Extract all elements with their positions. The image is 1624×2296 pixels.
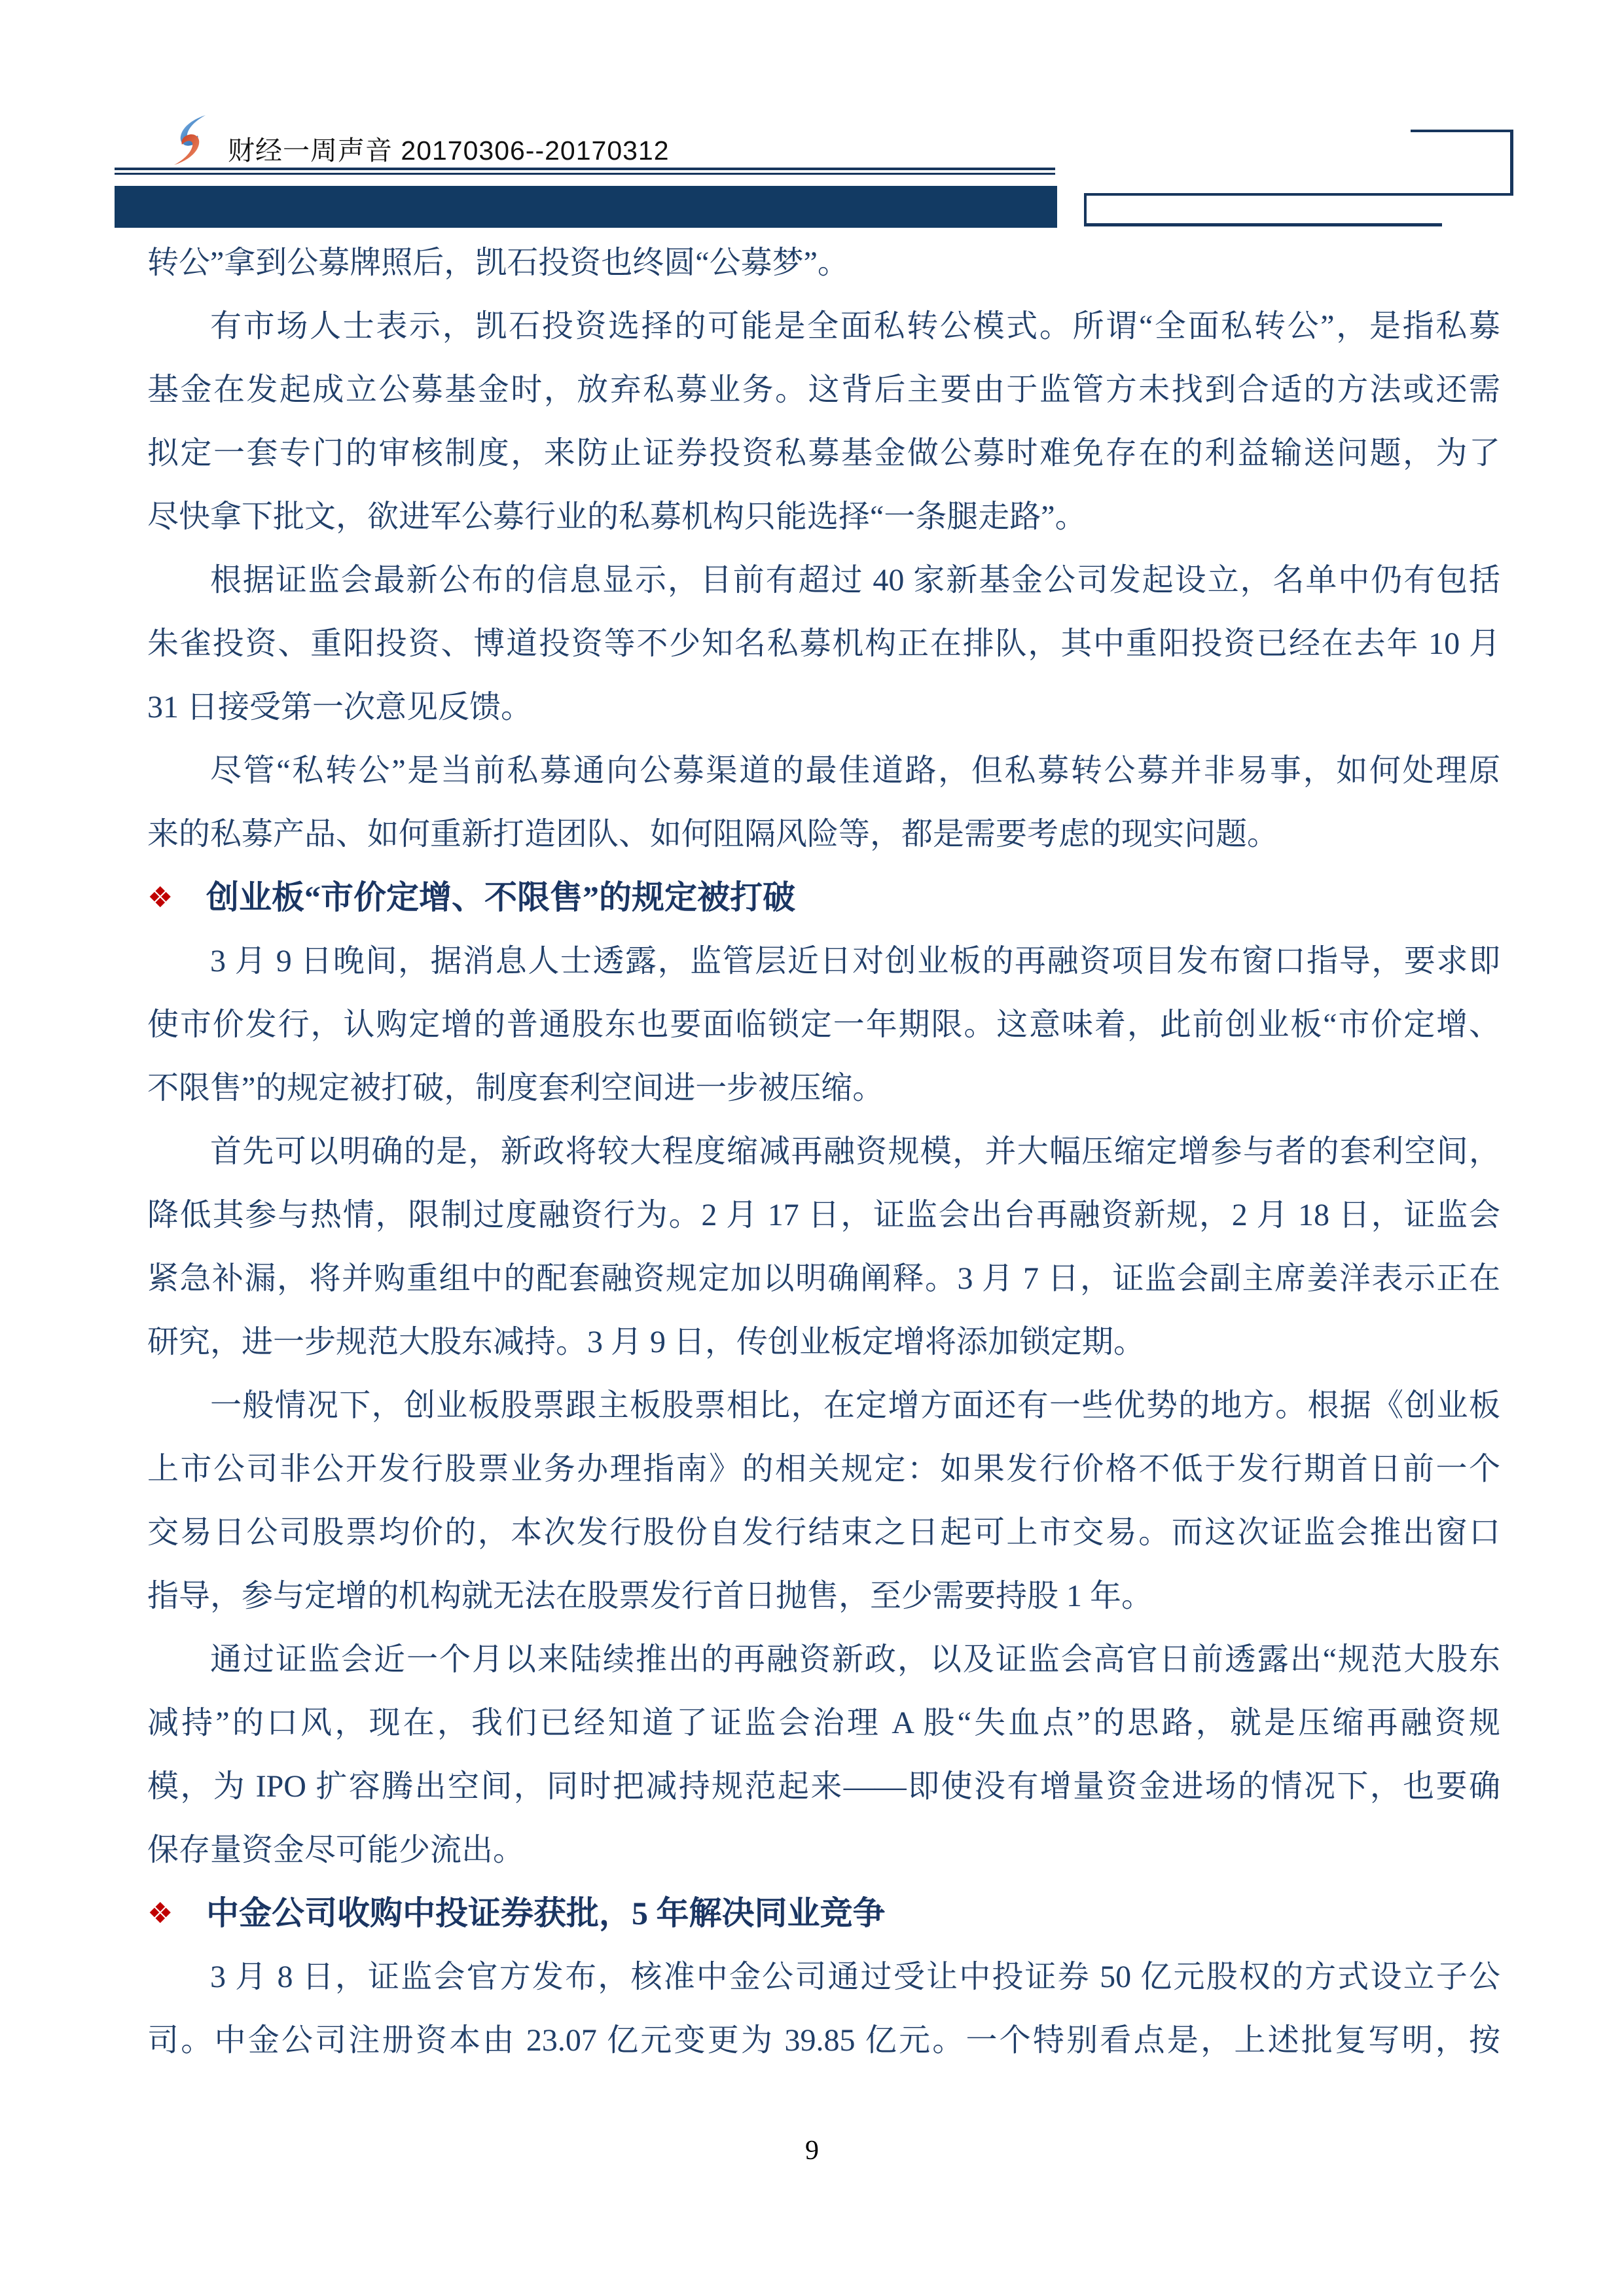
diamond-bullet-icon: ❖ (147, 1882, 206, 1945)
page-number: 9 (0, 2135, 1624, 2166)
text-line: 基金在发起成立公募基金时，放弃私募业务。这背后主要由于监管方未找到合适的方法或还… (147, 358, 1500, 422)
text-line: 交易日公司股票均价的，本次发行股份自发行结束之日起可上市交易。而这次证监会推出窗… (147, 1501, 1500, 1564)
text-line: 31 日接受第一次意见反馈。 (147, 675, 1500, 739)
header-rule-low (1084, 223, 1442, 226)
text-line: 首先可以明确的是，新政将较大程度缩减再融资规模，并大幅压缩定增参与者的套利空间， (147, 1120, 1500, 1183)
brand-logo-icon (173, 115, 206, 165)
text-line: 一般情况下，创业板股票跟主板股票相比，在定增方面还有一些优势的地方。根据《创业板 (147, 1374, 1500, 1437)
text-line: 尽快拿下批文，欲进军公募行业的私募机构只能选择“一条腿走路”。 (147, 485, 1500, 548)
section-heading-text: 中金公司收购中投证券获批，5 年解决同业竞争 (206, 1882, 1500, 1945)
document-title: 财经一周声音 20170306--20170312 (228, 135, 1013, 166)
text-line: 尽管“私转公”是当前私募通向公募渠道的最佳道路，但私募转公募并非易事，如何处理原 (147, 739, 1500, 802)
section-heading: ❖创业板“市价定增、不限售”的规定被打破 (147, 866, 1500, 929)
text-line: 模，为 IPO 扩容腾出空间，同时把减持规范起来——即使没有增量资金进场的情况下… (147, 1755, 1500, 1818)
text-line: 减持”的口风，现在，我们已经知道了证监会治理 A 股“失血点”的思路，就是压缩再… (147, 1691, 1500, 1755)
text-line: 朱雀投资、重阳投资、博道投资等不少知名私募机构正在排队，其中重阳投资已经在去年 … (147, 612, 1500, 675)
text-line: 转公”拿到公募牌照后，凯石投资也终圆“公募梦”。 (147, 231, 1500, 295)
text-line: 通过证监会近一个月以来陆续推出的再融资新政，以及证监会高官日前透露出“规范大股东 (147, 1628, 1500, 1691)
text-line: 使市价发行，认购定增的普通股东也要面临锁定一年期限。这意味着，此前创业板“市价定… (147, 993, 1500, 1056)
header-rule-mid (1084, 193, 1513, 196)
text-line: 来的私募产品、如何重新打造团队、如何阻隔风险等，都是需要考虑的现实问题。 (147, 802, 1500, 866)
text-line: 降低其参与热情，限制过度融资行为。2 月 17 日，证监会出台再融资新规，2 月… (147, 1183, 1500, 1247)
section-heading-text: 创业板“市价定增、不限售”的规定被打破 (206, 866, 1500, 929)
header-rule-tick (1084, 193, 1087, 226)
section-heading: ❖中金公司收购中投证券获批，5 年解决同业竞争 (147, 1882, 1500, 1945)
text-line: 根据证监会最新公布的信息显示，目前有超过 40 家新基金公司发起设立，名单中仍有… (147, 548, 1500, 612)
text-line: 3 月 9 日晚间，据消息人士透露，监管层近日对创业板的再融资项目发布窗口指导，… (147, 929, 1500, 993)
header-corner-box (1411, 130, 1513, 196)
text-line: 研究，进一步规范大股东减持。3 月 9 日，传创业板定增将添加锁定期。 (147, 1310, 1500, 1374)
text-line: 紧急补漏，将并购重组中的配套融资规定加以明确阐释。3 月 7 日，证监会副主席姜… (147, 1247, 1500, 1310)
text-line: 有市场人士表示，凯石投资选择的可能是全面私转公模式。所谓“全面私转公”，是指私募 (147, 295, 1500, 358)
header-navy-bar (115, 186, 1057, 228)
text-line: 保存量资金尽可能少流出。 (147, 1818, 1500, 1882)
text-line: 司。中金公司注册资本由 23.07 亿元变更为 39.85 亿元。一个特别看点是… (147, 2009, 1500, 2072)
content-lines: 转公”拿到公募牌照后，凯石投资也终圆“公募梦”。有市场人士表示，凯石投资选择的可… (147, 231, 1500, 2072)
text-line: 指导，参与定增的机构就无法在股票发行首日抛售，至少需要持股 1 年。 (147, 1564, 1500, 1628)
header-double-rule (115, 168, 1055, 175)
text-line: 不限售”的规定被打破，制度套利空间进一步被压缩。 (147, 1056, 1500, 1120)
diamond-bullet-icon: ❖ (147, 866, 206, 929)
text-line: 3 月 8 日，证监会官方发布，核准中金公司通过受让中投证券 50 亿元股权的方… (147, 1945, 1500, 2009)
document-page: 财经一周声音 20170306--20170312 转公”拿到公募牌照后，凯石投… (0, 0, 1624, 2296)
text-line: 拟定一套专门的审核制度，来防止证券投资私募基金做公募时难免存在的利益输送问题，为… (147, 422, 1500, 485)
text-line: 上市公司非公开发行股票业务办理指南》的相关规定：如果发行价格不低于发行期首日前一… (147, 1437, 1500, 1501)
